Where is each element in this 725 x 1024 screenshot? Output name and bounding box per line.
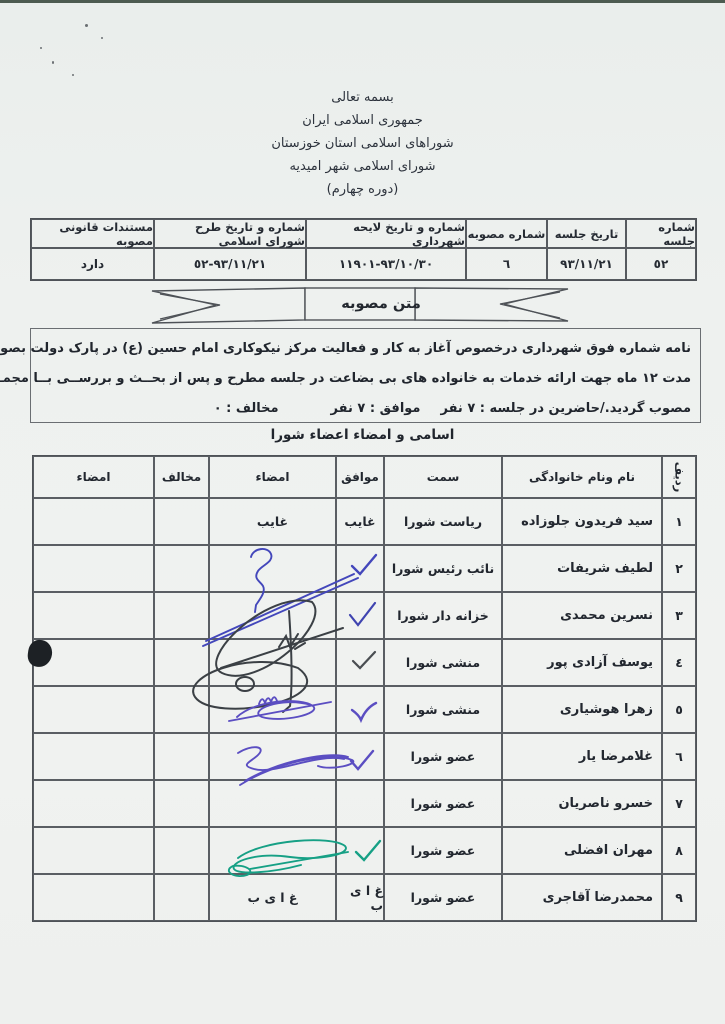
oppose-cell bbox=[154, 545, 209, 592]
member-role: ریاست شورا bbox=[384, 498, 502, 545]
meta-value-resolution-no: ٦ bbox=[503, 257, 510, 271]
agree-cell bbox=[336, 639, 384, 686]
member-name: سید فریدون جلوزاده bbox=[502, 498, 662, 545]
member-name: زهرا هوشیاری bbox=[502, 686, 662, 733]
row-num: ١ bbox=[662, 498, 696, 545]
member-name: یوسف آزادی پور bbox=[502, 639, 662, 686]
col-header-agree: موافق bbox=[336, 456, 384, 498]
members-table-title: اسامی و امضاء اعضاء شورا bbox=[0, 427, 725, 443]
member-name: خسرو ناصریان bbox=[502, 780, 662, 827]
member-name: مهران افضلی bbox=[502, 827, 662, 874]
members-table: ردیف نام ونام خانوادگی سمت موافق امضاء م… bbox=[32, 455, 697, 922]
scan-speck bbox=[85, 24, 88, 27]
agree-cell bbox=[336, 780, 384, 827]
country-line: جمهوری اسلامی ایران bbox=[0, 109, 725, 132]
oppose-signature-cell bbox=[33, 874, 154, 921]
banner-title: متن مصوبه bbox=[305, 288, 457, 319]
oppose-cell bbox=[154, 686, 209, 733]
row-num: ٩ bbox=[662, 874, 696, 921]
oppose-signature-cell bbox=[33, 827, 154, 874]
member-role: عضو شورا bbox=[384, 827, 502, 874]
signature-cell bbox=[209, 639, 336, 686]
province-line: شوراهای اسلامی استان خوزستان bbox=[0, 132, 725, 155]
meta-value-bill-no-date: ٩٣/١٠/٣٠-١١٩٠١ bbox=[339, 257, 433, 271]
meta-header-legal-basis: مستندات قانونی مصوبه bbox=[31, 219, 154, 248]
resolution-line-3: مصوب گردید./حاضرین در جلسه : ٧ نفر موافق… bbox=[40, 394, 691, 424]
meta-header-bill-no-date: شماره و تاریخ لایحه شهرداری bbox=[306, 219, 466, 248]
member-role: عضو شورا bbox=[384, 874, 502, 921]
scanned-document-page: بسمه تعالی جمهوری اسلامی ایران شوراهای ا… bbox=[0, 0, 725, 1024]
oppose-count: مخالف : ٠ bbox=[214, 394, 279, 424]
row-num: ٧ bbox=[662, 780, 696, 827]
oppose-signature-cell bbox=[33, 545, 154, 592]
signature-cell bbox=[209, 733, 336, 780]
member-role: عضو شورا bbox=[384, 780, 502, 827]
resolution-text-box: نامه شماره فوق شهرداری درخصوص آغاز به کا… bbox=[30, 328, 701, 423]
col-header-oppose: مخالف bbox=[154, 456, 209, 498]
agree-cell bbox=[336, 733, 384, 780]
row-num: ٣ bbox=[662, 592, 696, 639]
col-header-signature-2: امضاء bbox=[33, 456, 154, 498]
meta-value-legal-basis: دارد bbox=[31, 248, 154, 280]
agree-cell bbox=[336, 686, 384, 733]
oppose-cell bbox=[154, 733, 209, 780]
meta-header-session-date: تاریخ جلسه bbox=[547, 219, 626, 248]
oppose-signature-cell bbox=[33, 592, 154, 639]
oppose-cell bbox=[154, 592, 209, 639]
member-role: نائب رئیس شورا bbox=[384, 545, 502, 592]
row-num: ٤ bbox=[662, 639, 696, 686]
oppose-cell bbox=[154, 498, 209, 545]
oppose-cell bbox=[154, 827, 209, 874]
oppose-signature-cell bbox=[33, 780, 154, 827]
signature-cell bbox=[209, 686, 336, 733]
city-council-line: شورای اسلامی شهر امیدیه bbox=[0, 155, 725, 178]
agree-cell bbox=[336, 545, 384, 592]
agree-cell: غ ا ی ب bbox=[336, 874, 384, 921]
term-line: (دوره چهارم) bbox=[0, 178, 725, 201]
resolution-line-2: مدت ١٢ ماه جهت ارائه خدمات به خانواده ها… bbox=[40, 364, 691, 394]
signature-cell: غایب bbox=[209, 498, 336, 545]
letterhead: بسمه تعالی جمهوری اسلامی ایران شوراهای ا… bbox=[0, 86, 725, 201]
member-role: خزانه دار شورا bbox=[384, 592, 502, 639]
scan-speck bbox=[40, 47, 42, 49]
oppose-cell bbox=[154, 639, 209, 686]
agree-cell: غایب bbox=[336, 498, 384, 545]
resolution-line-1: نامه شماره فوق شهرداری درخصوص آغاز به کا… bbox=[40, 334, 691, 364]
agree-cell bbox=[336, 592, 384, 639]
oppose-cell bbox=[154, 874, 209, 921]
meta-value-session-no: ٥٢ bbox=[654, 257, 669, 271]
signature-cell bbox=[209, 827, 336, 874]
scan-speck bbox=[101, 37, 103, 39]
signature-cell bbox=[209, 545, 336, 592]
col-header-role: سمت bbox=[384, 456, 502, 498]
row-num: ٥ bbox=[662, 686, 696, 733]
agree-count: موافق : ٧ نفر bbox=[331, 394, 421, 424]
member-role: عضو شورا bbox=[384, 733, 502, 780]
oppose-signature-cell bbox=[33, 686, 154, 733]
scan-speck bbox=[72, 74, 74, 76]
meta-header-session-no: شماره جلسه bbox=[626, 219, 696, 248]
agree-cell bbox=[336, 827, 384, 874]
col-header-signature: امضاء bbox=[209, 456, 336, 498]
member-name: لطیف شریفات bbox=[502, 545, 662, 592]
besmele-line: بسمه تعالی bbox=[0, 86, 725, 109]
scan-speck bbox=[52, 61, 54, 64]
ribbon-left-tail bbox=[152, 288, 305, 323]
meta-value-session-date: ٩٣/١١/٢١ bbox=[560, 257, 613, 271]
row-num: ٨ bbox=[662, 827, 696, 874]
oppose-signature-cell bbox=[33, 498, 154, 545]
meta-header-resolution-no: شماره مصوبه bbox=[466, 219, 547, 248]
member-role: منشی شورا bbox=[384, 686, 502, 733]
meta-value-plan-no-date: ٩٣/١١/٢١-٥٢ bbox=[194, 257, 266, 271]
col-header-row-no: ردیف bbox=[662, 456, 696, 498]
oppose-cell bbox=[154, 780, 209, 827]
signature-cell bbox=[209, 780, 336, 827]
meta-table: شماره جلسه تاریخ جلسه شماره مصوبه شماره … bbox=[30, 218, 697, 281]
row-num: ٦ bbox=[662, 733, 696, 780]
signature-cell: غ ا ی ب bbox=[209, 874, 336, 921]
present-count: مصوب گردید./حاضرین در جلسه : ٧ نفر bbox=[440, 394, 691, 424]
oppose-signature-cell bbox=[33, 733, 154, 780]
member-name: محمدرضا آقاجری bbox=[502, 874, 662, 921]
row-num: ٢ bbox=[662, 545, 696, 592]
member-name: نسرین محمدی bbox=[502, 592, 662, 639]
meta-header-plan-no-date: شماره و تاریخ طرح شورای اسلامی bbox=[154, 219, 306, 248]
member-role: منشی شورا bbox=[384, 639, 502, 686]
oppose-signature-cell bbox=[33, 639, 154, 686]
col-header-name: نام ونام خانوادگی bbox=[502, 456, 662, 498]
member-name: غلامرضا یار bbox=[502, 733, 662, 780]
signature-cell bbox=[209, 592, 336, 639]
